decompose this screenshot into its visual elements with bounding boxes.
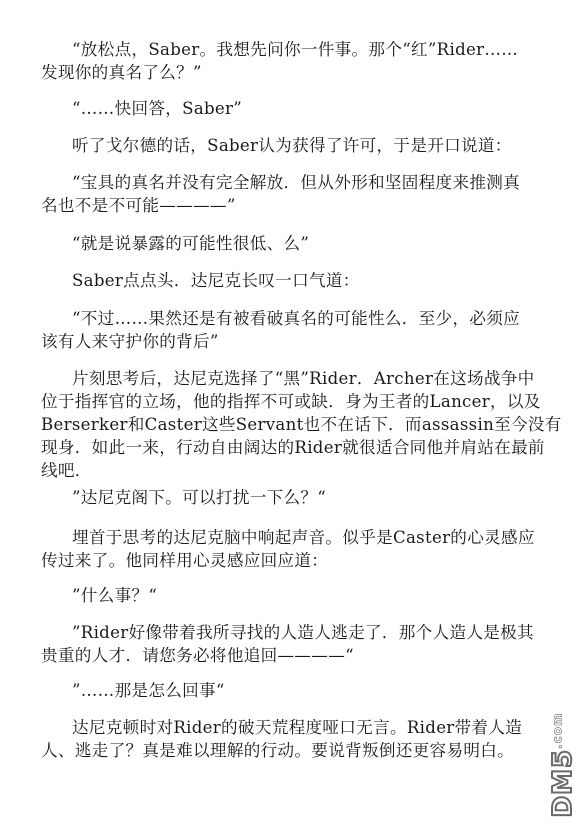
text-line: 贵重的人才．请您务必将他追回————“	[41, 645, 546, 667]
text-line: ”达尼克阁下。可以打扰一下么？“	[72, 487, 546, 509]
dm5-watermark-logo: DM5.com	[545, 705, 581, 825]
text-line: “宝具的真名并没有完全解放．但从外形和坚固程度来推测真	[72, 172, 546, 194]
text-line: 位于指挥官的立场，他的指挥不可或缺．身为王者的Lancer，以及	[41, 391, 546, 413]
text-line: “放松点，Saber。我想先问你一件事。那个“红”Rider……	[72, 39, 546, 61]
text-line: “……快回答，Saber”	[72, 98, 546, 120]
text-line: “不过……果然还是有被看破真名的可能性么．至少，必须应	[72, 308, 546, 330]
text-line: ”什么事？“	[72, 585, 546, 607]
text-line: ”……那是怎么回事“	[72, 680, 546, 702]
text-line: 达尼克顿时对Rider的破天荒程度哑口无言。Rider带着人造	[72, 717, 546, 739]
text-line: 片刻思考后，达尼克选择了“黑”Rider．Archer在这场战争中	[72, 368, 546, 390]
watermark-brand: DM5	[548, 749, 578, 818]
text-line: Berserker和Caster这些Servant也不在话下．而assassin…	[41, 414, 546, 436]
text-line: 名也不是不可能————”	[41, 195, 546, 217]
text-line: 人、逃走了？真是难以理解的行动。要说背叛倒还更容易明白。	[41, 740, 546, 762]
text-line: 现身．如此一来，行动自由阔达的Rider就很适合同他并肩站在最前	[41, 437, 546, 459]
text-line: 线吧．	[41, 460, 546, 482]
document-page: “放松点，Saber。我想先问你一件事。那个“红”Rider……发现你的真名了么…	[0, 0, 583, 828]
watermark-text: DM5.com	[548, 713, 578, 818]
text-line: 听了戈尔德的话，Saber认为获得了许可，于是开口说道：	[72, 135, 546, 157]
text-line: 该有人来守护你的背后”	[41, 331, 546, 353]
text-line: 埋首于思考的达尼克脑中响起声音。似乎是Caster的心灵感应	[72, 527, 546, 549]
text-line: 发现你的真名了么？”	[41, 62, 546, 84]
text-line: ”Rider好像带着我所寻找的人造人逃走了．那个人造人是极其	[72, 622, 546, 644]
watermark-suffix: .com	[550, 713, 564, 749]
text-line: “就是说暴露的可能性很低、么”	[72, 233, 546, 255]
text-line: 传过来了。他同样用心灵感应回应道：	[41, 550, 546, 572]
text-line: Saber点点头．达尼克长叹一口气道：	[72, 270, 546, 292]
